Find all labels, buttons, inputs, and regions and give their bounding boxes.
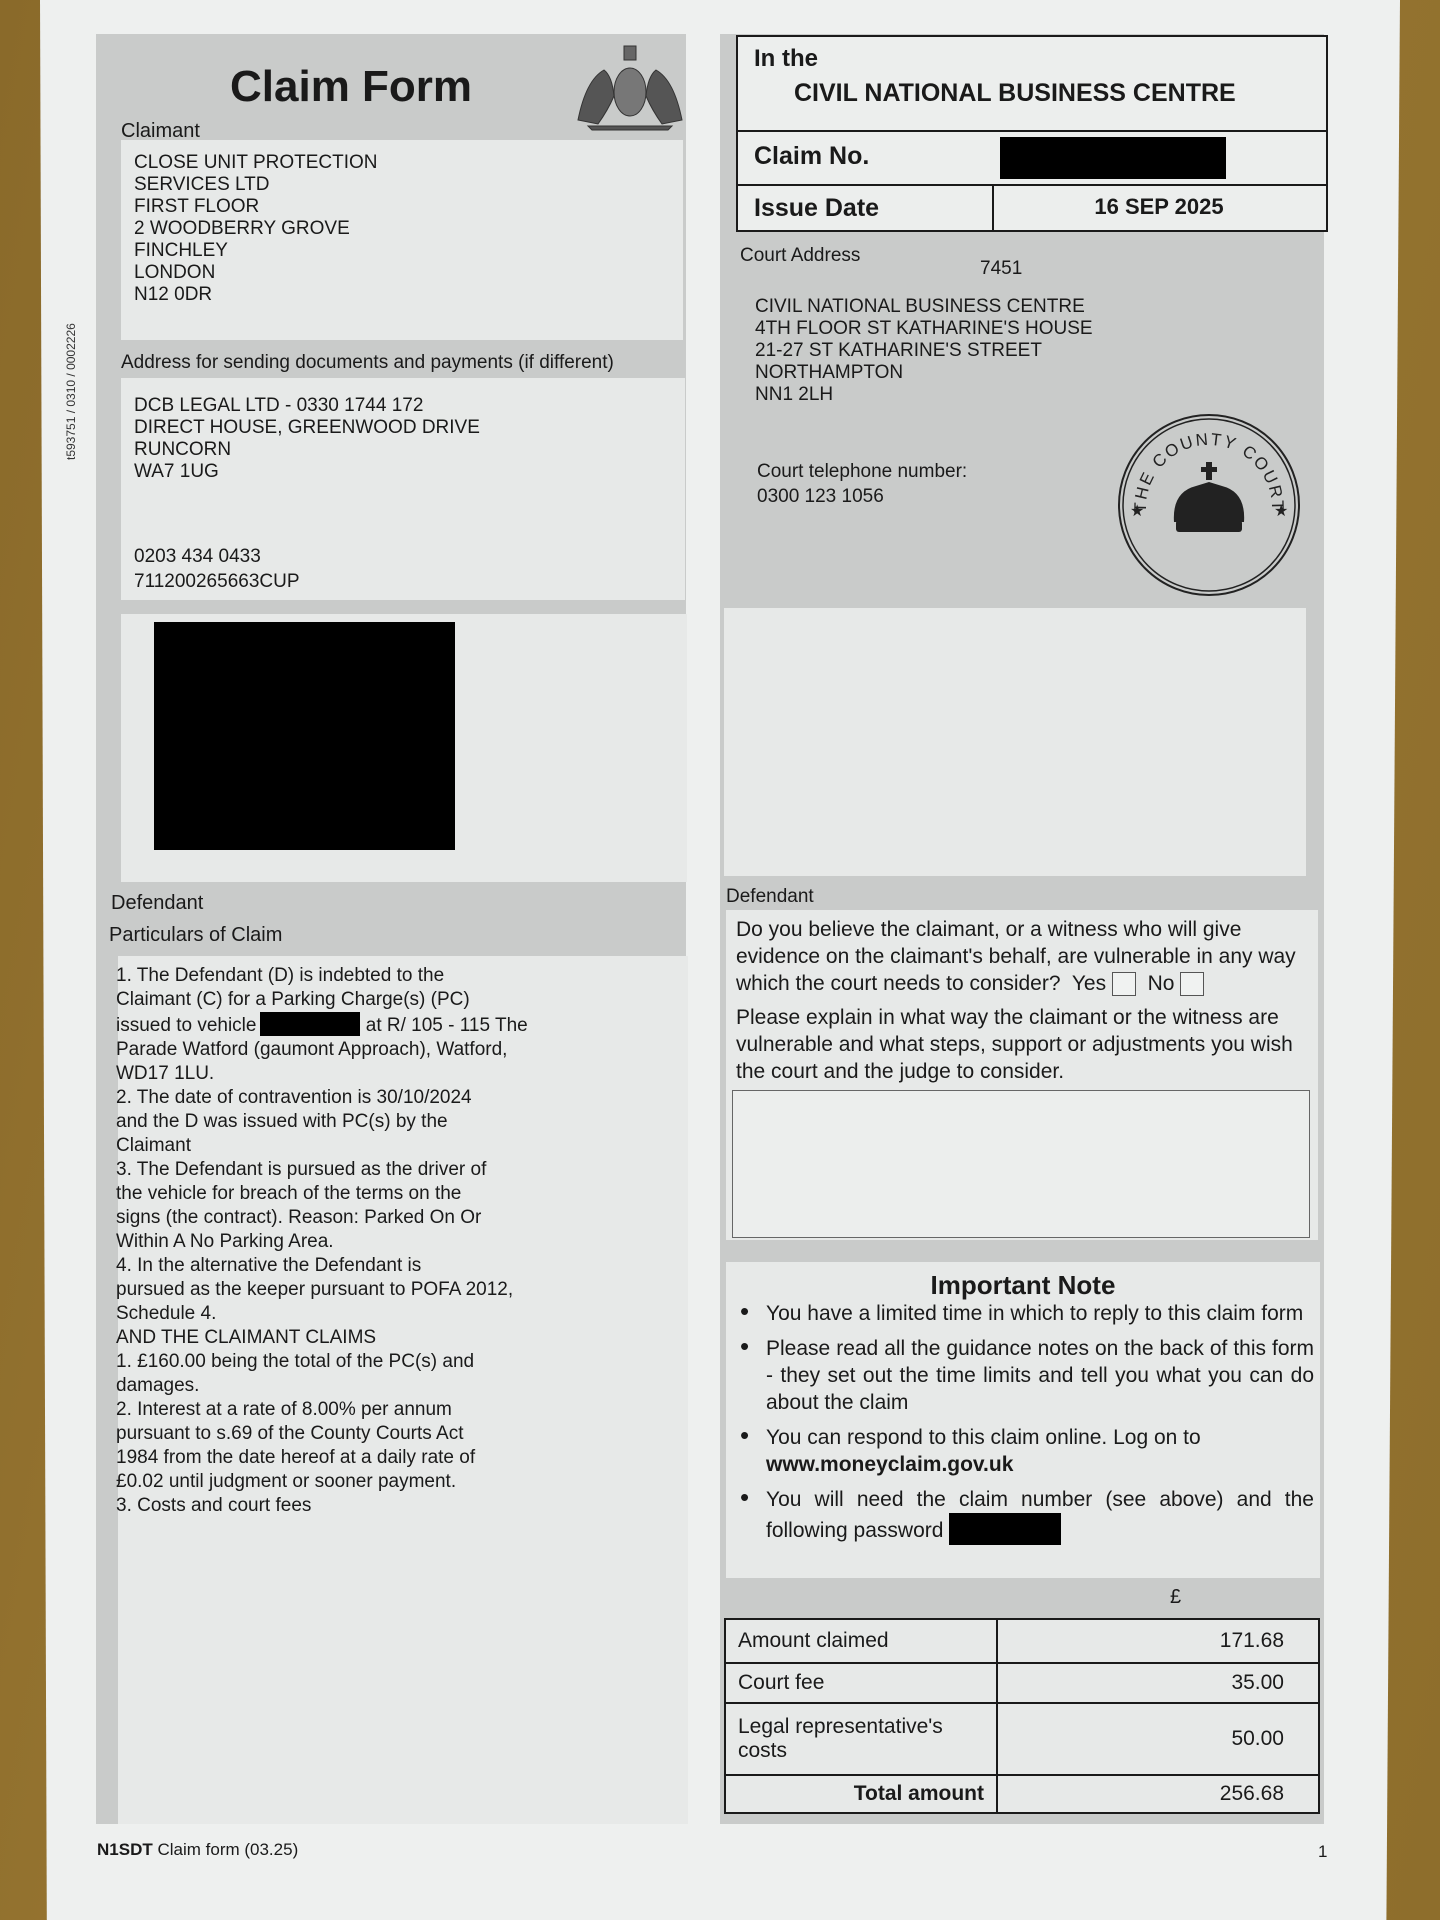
vulnerability-question: Do you believe the claimant, or a witnes… — [736, 916, 1312, 997]
table-row: Total amount 256.68 — [725, 1775, 1319, 1813]
service-phone: 0203 434 0433 — [134, 546, 261, 568]
password-redacted — [949, 1513, 1061, 1545]
vulnerable-yes-checkbox[interactable] — [1112, 972, 1136, 996]
table-row: Amount claimed 171.68 — [725, 1619, 1319, 1663]
total-value: 256.68 — [997, 1775, 1319, 1813]
court-telephone-label: Court telephone number: — [757, 461, 967, 483]
amount-claimed-label: Amount claimed — [725, 1619, 997, 1663]
side-reference: t593751 / 0310 / 0002226 — [64, 323, 78, 460]
defendant-service-box — [724, 608, 1306, 876]
court-address: CIVIL NATIONAL BUSINESS CENTRE 4TH FLOOR… — [755, 296, 1093, 406]
vulnerability-explain-field[interactable] — [732, 1090, 1310, 1238]
vulnerability-explain-prompt: Please explain in what way the claimant … — [736, 1004, 1302, 1085]
court-fee-value: 35.00 — [997, 1663, 1319, 1703]
moneyclaim-link[interactable]: www.moneyclaim.gov.uk — [766, 1453, 1013, 1476]
claimant-address: CLOSE UNIT PROTECTION SERVICES LTD FIRST… — [134, 152, 378, 306]
total-label: Total amount — [725, 1775, 997, 1813]
legal-costs-value: 50.00 — [997, 1703, 1319, 1775]
note-item: You can respond to this claim online. Lo… — [734, 1424, 1314, 1478]
court-name: CIVIL NATIONAL BUSINESS CENTRE — [794, 79, 1236, 108]
form-code: N1SDT Claim form (03.25) — [97, 1840, 298, 1860]
note-item: Please read all the guidance notes on th… — [734, 1335, 1314, 1416]
court-address-label: Court Address — [740, 245, 860, 267]
page-number: 1 — [1318, 1842, 1327, 1862]
page-title: Claim Form — [230, 62, 472, 112]
issue-date: 16 SEP 2025 — [994, 194, 1324, 220]
claim-no-redacted — [1000, 137, 1226, 179]
important-note-list: You have a limited time in which to repl… — [734, 1300, 1314, 1553]
service-address: DCB LEGAL LTD - 0330 1744 172 DIRECT HOU… — [134, 395, 480, 483]
note-item: You will need the claim number (see abov… — [734, 1486, 1314, 1545]
court-fee-label: Court fee — [725, 1663, 997, 1703]
table-row: Legal representative's costs 50.00 — [725, 1703, 1319, 1775]
particulars-label: Particulars of Claim — [109, 924, 282, 947]
service-address-label: Address for sending documents and paymen… — [121, 352, 614, 374]
royal-coat-of-arms-icon — [568, 40, 692, 132]
legal-costs-label: Legal representative's costs — [725, 1703, 997, 1775]
vulnerability-defendant-label: Defendant — [726, 886, 814, 908]
important-note-title: Important Note — [726, 1270, 1320, 1301]
county-court-seal: THE COUNTY COURT ★ ★ — [1116, 412, 1302, 598]
amount-claimed-value: 171.68 — [997, 1619, 1319, 1663]
star-icon: ★ — [1274, 503, 1288, 520]
defendant-label: Defendant — [111, 892, 203, 915]
service-reference: 711200265663CUP — [134, 571, 300, 593]
court-telephone: 0300 123 1056 — [757, 486, 884, 508]
court-box: In the CIVIL NATIONAL BUSINESS CENTRE Cl… — [736, 35, 1328, 232]
amounts-table: Amount claimed 171.68 Court fee 35.00 Le… — [724, 1618, 1320, 1814]
claim-no-label: Claim No. — [754, 142, 869, 171]
note-item: You have a limited time in which to repl… — [734, 1300, 1314, 1327]
table-row: Court fee 35.00 — [725, 1663, 1319, 1703]
issue-date-label: Issue Date — [754, 194, 879, 223]
vulnerable-no-checkbox[interactable] — [1180, 972, 1204, 996]
star-icon: ★ — [1130, 503, 1144, 520]
currency-symbol: £ — [1170, 1586, 1181, 1609]
court-code: 7451 — [980, 258, 1022, 280]
crown-icon — [1174, 462, 1244, 532]
particulars-text: 1. The Defendant (D) is indebted to the … — [116, 964, 676, 1518]
vehicle-registration-redacted — [260, 1012, 360, 1036]
in-the-label: In the — [754, 45, 818, 73]
defendant-address-redacted — [154, 622, 455, 850]
